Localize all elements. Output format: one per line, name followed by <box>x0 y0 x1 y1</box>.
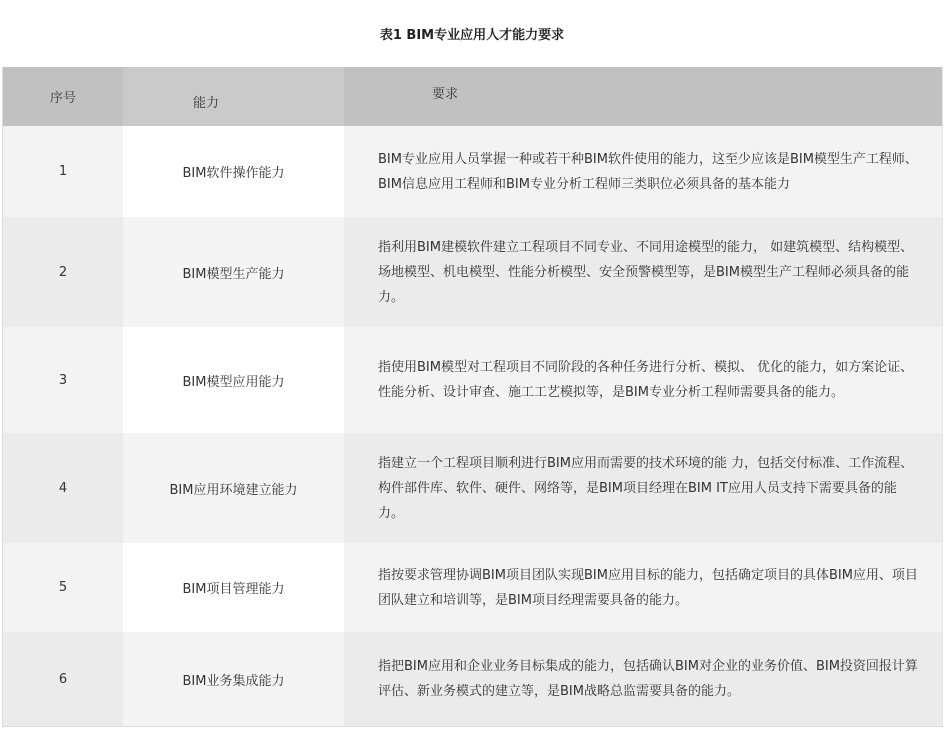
table-row: 3 BIM模型应用能力 指使用BIM模型对工程项目不同阶段的各种任务进行分析、模… <box>3 327 942 433</box>
table-caption: 表1 BIM专业应用人才能力要求 <box>0 24 944 43</box>
row-ability: BIM软件操作能力 <box>123 126 344 217</box>
row-ability: BIM应用环境建立能力 <box>123 433 344 543</box>
table-row: 2 BIM模型生产能力 指利用BIM建模软件建立工程项目不同专业、不同用途模型的… <box>3 217 942 327</box>
row-number: 2 <box>3 217 123 327</box>
table-row: 4 BIM应用环境建立能力 指建立一个工程项目顺利进行BIM应用而需要的技术环境… <box>3 433 942 543</box>
table-row: 1 BIM软件操作能力 BIM专业应用人员掌握一种或若干种BIM软件使用的能力，… <box>3 126 942 217</box>
row-ability: BIM模型生产能力 <box>123 217 344 327</box>
row-requirement: 指使用BIM模型对工程项目不同阶段的各种任务进行分析、模拟、 优化的能力，如方案… <box>344 327 942 433</box>
row-number: 6 <box>3 632 123 726</box>
row-requirement: BIM专业应用人员掌握一种或若干种BIM软件使用的能力，这至少应该是BIM模型生… <box>344 126 942 217</box>
row-requirement: 指按要求管理协调BIM项目团队实现BIM应用目标的能力，包括确定项目的具体BIM… <box>344 543 942 632</box>
row-number: 4 <box>3 433 123 543</box>
row-number: 1 <box>3 126 123 217</box>
row-requirement: 指利用BIM建模软件建立工程项目不同专业、不同用途模型的能力， 如建筑模型、结构… <box>344 217 942 327</box>
row-number: 3 <box>3 327 123 433</box>
header-number: 序号 <box>3 67 123 126</box>
header-ability: 能力 <box>123 67 344 126</box>
row-ability: BIM模型应用能力 <box>123 327 344 433</box>
row-requirement: 指建立一个工程项目顺利进行BIM应用而需要的技术环境的能 力，包括交付标准、工作… <box>344 433 942 543</box>
table-row: 6 BIM业务集成能力 指把BIM应用和企业业务目标集成的能力，包括确认BIM对… <box>3 632 942 726</box>
row-number: 5 <box>3 543 123 632</box>
table-header-row: 序号 能力 要求 <box>3 67 942 126</box>
row-ability: BIM业务集成能力 <box>123 632 344 726</box>
row-requirement: 指把BIM应用和企业业务目标集成的能力，包括确认BIM对企业的业务价值、BIM投… <box>344 632 942 726</box>
bim-ability-table: 序号 能力 要求 1 BIM软件操作能力 BIM专业应用人员掌握一种或若干种BI… <box>2 67 943 727</box>
header-requirement: 要求 <box>344 67 942 126</box>
table-row: 5 BIM项目管理能力 指按要求管理协调BIM项目团队实现BIM应用目标的能力，… <box>3 543 942 632</box>
row-ability: BIM项目管理能力 <box>123 543 344 632</box>
